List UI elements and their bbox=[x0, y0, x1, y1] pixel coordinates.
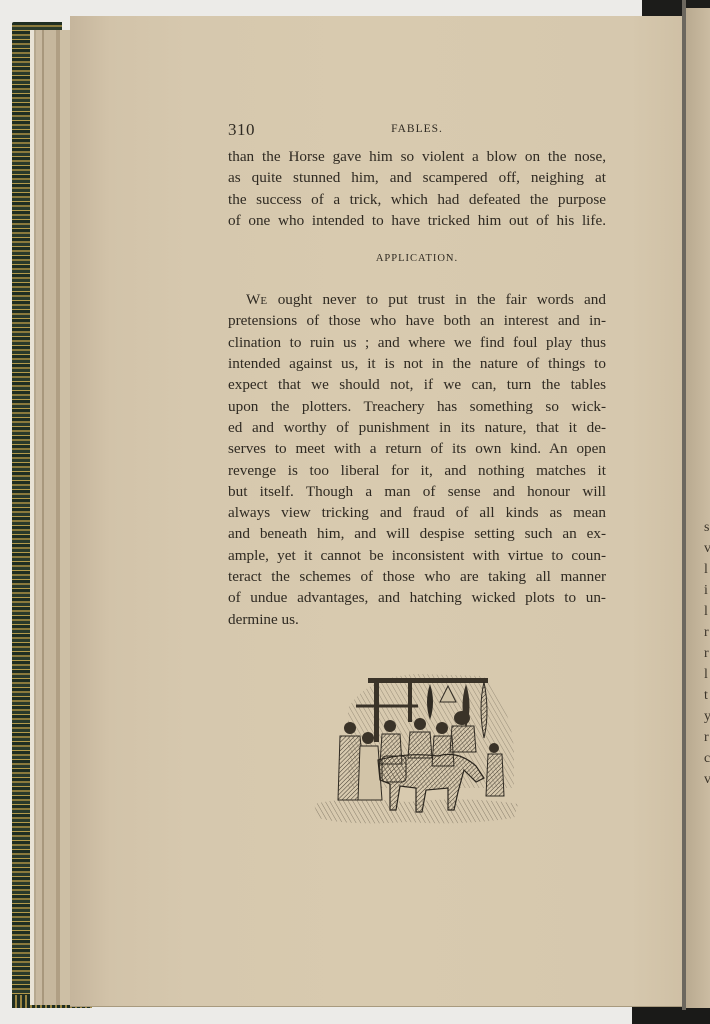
dropcap: W bbox=[246, 291, 260, 308]
text-line: serves to meet with a return of its own … bbox=[228, 438, 606, 459]
page-text-block: 310 FABLES. than the Horse gave him so v… bbox=[228, 120, 606, 630]
text-line: dermine us. bbox=[228, 609, 606, 630]
woodcut-illustration bbox=[308, 668, 522, 830]
text-line: clination to ruin us ; and where we find… bbox=[228, 332, 606, 353]
text-line: teract the schemes of those who are taki… bbox=[228, 566, 606, 587]
text-line: always view tricking and fraud of all ki… bbox=[228, 502, 606, 523]
text-line: and beneath him, and will despise settin… bbox=[228, 523, 606, 544]
text-line: WE ought never to put trust in the fair … bbox=[228, 289, 606, 310]
text-line: but itself. Though a man of sense and ho… bbox=[228, 481, 606, 502]
text-line: the success of a trick, which had defeat… bbox=[228, 189, 606, 210]
text-line: than the Horse gave him so violent a blo… bbox=[228, 146, 606, 167]
smallcap: E bbox=[260, 295, 267, 307]
running-head: 310 FABLES. bbox=[228, 120, 606, 146]
text-line: ed and worthy of punishment in its natur… bbox=[228, 417, 606, 438]
running-title: FABLES. bbox=[228, 123, 606, 135]
text-line: revenge is too liberal for it, and nothi… bbox=[228, 460, 606, 481]
book-scan: s v l i l r r l t y r c v 310 FABLES. th… bbox=[0, 0, 710, 1024]
next-page-edge bbox=[686, 8, 710, 1008]
application-paragraph: WE ought never to put trust in the fair … bbox=[228, 289, 606, 630]
text-line: of undue advantages, and hatching wicked… bbox=[228, 587, 606, 608]
text-line: pretensions of those who have both an in… bbox=[228, 310, 606, 331]
fable-continuation: than the Horse gave him so violent a blo… bbox=[228, 146, 606, 231]
text-line: intended against us, it is not in the na… bbox=[228, 353, 606, 374]
text-line: ample, yet it cannot be inconsistent wit… bbox=[228, 545, 606, 566]
text-line: upon the plotters. Treachery has somethi… bbox=[228, 396, 606, 417]
scan-background-dark-bottom bbox=[632, 1006, 710, 1024]
text-line: of one who intended to have tricked him … bbox=[228, 210, 606, 231]
text-line: expect that we should not, if we can, tu… bbox=[228, 374, 606, 395]
next-page-text-fragments: s v l i l r r l t y r c v bbox=[704, 520, 710, 793]
text-line: as quite stunned him, and scampered off,… bbox=[228, 167, 606, 188]
section-heading: APPLICATION. bbox=[228, 253, 606, 269]
